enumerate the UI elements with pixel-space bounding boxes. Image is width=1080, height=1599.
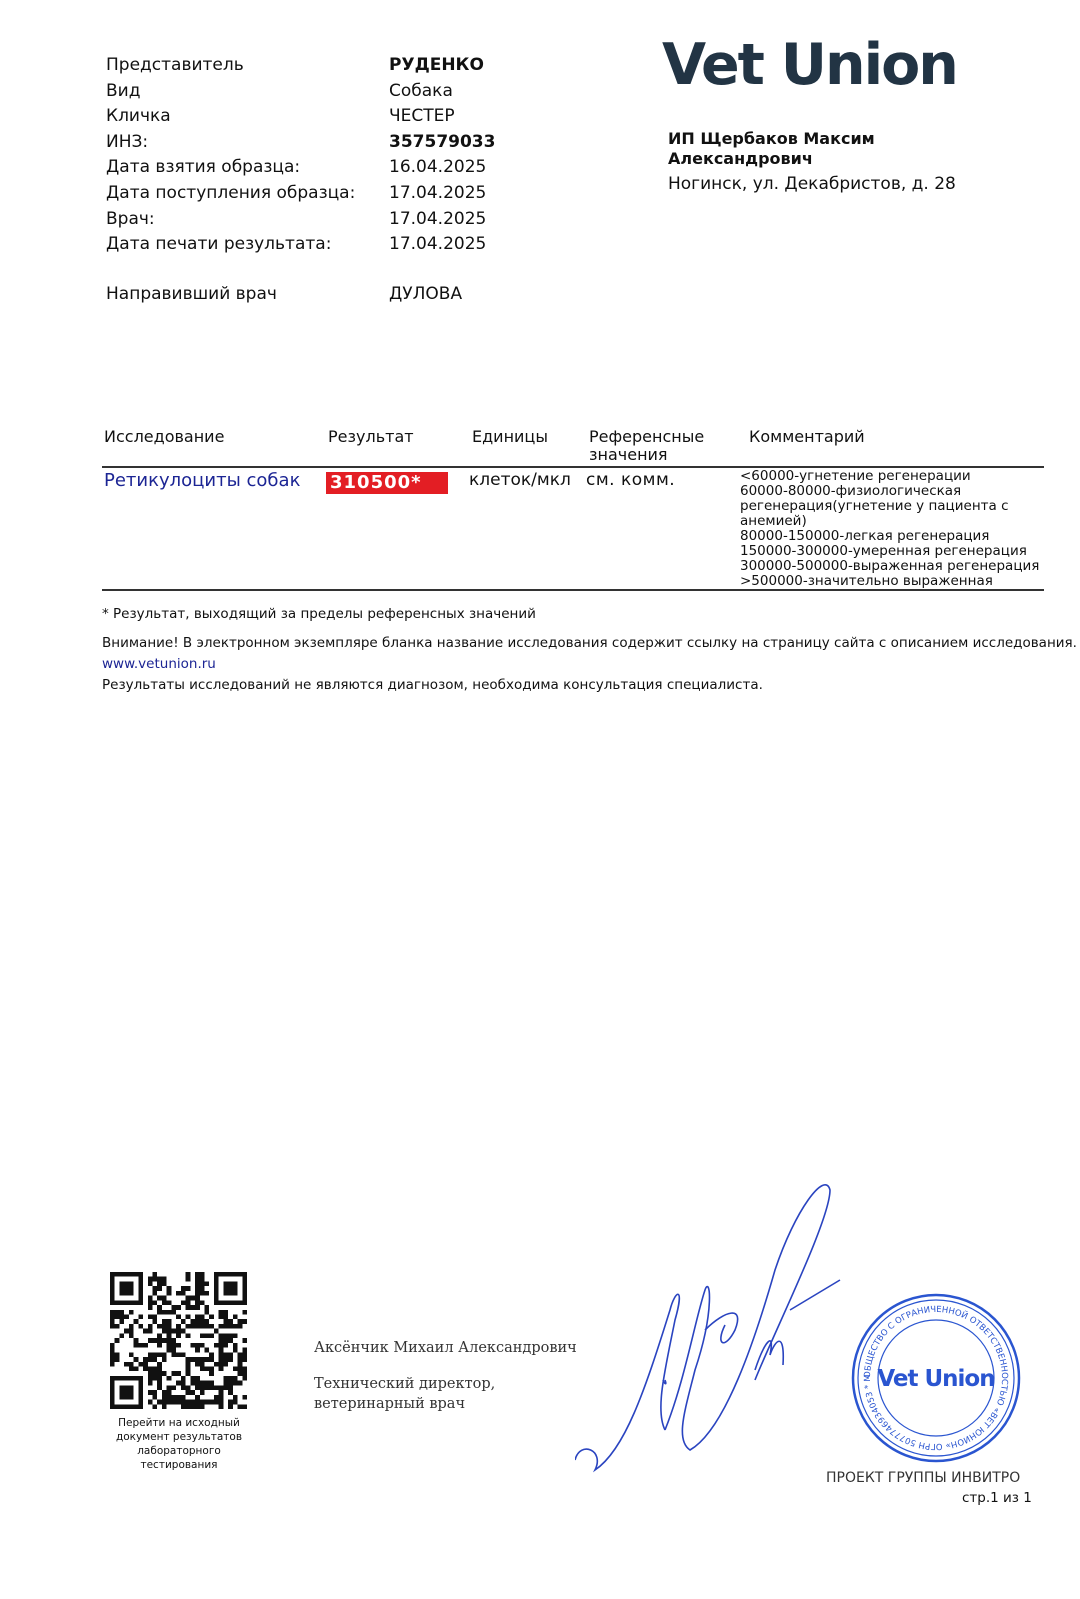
qr-caption-line3: лабораторного тестирования	[104, 1444, 254, 1472]
vet-union-logo: Vet Union	[662, 30, 957, 100]
header-reference-line1: Референсные	[589, 427, 704, 446]
info-row-referring-doctor: Направивший врач ДУЛОВА	[106, 282, 495, 308]
info-label: Дата взятия образца:	[106, 155, 389, 181]
invitro-project-label: ПРОЕКТ ГРУППЫ ИНВИТРО	[826, 1470, 1020, 1486]
stamp-logo: Vet Union	[877, 1366, 994, 1392]
info-row-doctor: Врач: 17.04.2025	[106, 207, 495, 233]
info-row-inz: ИНЗ: 357579033	[106, 130, 495, 156]
signer-title-line1: Технический директор,	[314, 1374, 577, 1394]
info-value: 17.04.2025	[389, 232, 486, 258]
patient-info: Представитель РУДЕНКО Вид Собака Кличка …	[106, 53, 495, 307]
header-comment: Комментарий	[749, 428, 865, 446]
info-value: 17.04.2025	[389, 207, 486, 233]
signer-title-line2: ветеринарный врач	[314, 1394, 577, 1414]
info-row-representative: Представитель РУДЕНКО	[106, 53, 495, 79]
info-row-print-date: Дата печати результата: 17.04.2025	[106, 232, 495, 258]
info-row-received-date: Дата поступления образца: 17.04.2025	[106, 181, 495, 207]
reference-value: см. комм.	[586, 470, 675, 490]
info-row-species: Вид Собака	[106, 79, 495, 105]
header-units: Единицы	[472, 428, 548, 446]
info-value: ЧЕСТЕР	[389, 104, 455, 130]
info-label: ИНЗ:	[106, 130, 389, 156]
info-row-sample-date: Дата взятия образца: 16.04.2025	[106, 155, 495, 181]
qr-code[interactable]	[110, 1272, 247, 1409]
header-reference-line2: значения	[589, 445, 668, 464]
result-comment: <60000-угнетение регенерации 60000-80000…	[740, 469, 1039, 589]
clinic-address: Ногинск, ул. Декабристов, д. 28	[668, 174, 956, 194]
info-row-name: Кличка ЧЕСТЕР	[106, 104, 495, 130]
header-test: Исследование	[104, 428, 224, 446]
info-label: Представитель	[106, 53, 389, 79]
website-link[interactable]: www.vetunion.ru	[102, 656, 1077, 672]
info-label: Направивший врач	[106, 282, 389, 308]
header-reference: Референсные значения	[589, 428, 704, 464]
table-bottom-divider	[102, 589, 1044, 591]
info-label: Кличка	[106, 104, 389, 130]
qr-caption-line2: документ результатов	[104, 1430, 254, 1444]
signature-icon	[575, 1180, 865, 1480]
info-label: Дата поступления образца:	[106, 181, 389, 207]
info-label: Дата печати результата:	[106, 232, 389, 258]
clinic-name-line2: Александрович	[668, 149, 956, 169]
qr-caption-line1: Перейти на исходный	[104, 1416, 254, 1430]
info-value: 357579033	[389, 130, 495, 156]
info-label: Вид	[106, 79, 389, 105]
clinic-name-line1: ИП Щербаков Максим	[668, 129, 956, 149]
notes: * Результат, выходящий за пределы рефере…	[102, 606, 1077, 693]
test-name-link[interactable]: Ретикулоциты собак	[104, 470, 300, 491]
info-value: Собака	[389, 79, 453, 105]
info-label: Врач:	[106, 207, 389, 233]
attention-note: Внимание! В электронном экземпляре бланк…	[102, 635, 1077, 651]
result-flagged-value: 310500*	[326, 472, 448, 494]
company-stamp-icon: ОБЩЕСТВО С ОГРАНИЧЕННОЙ ОТВЕТСТВЕННОСТЬЮ…	[850, 1292, 1022, 1464]
signer-block: Аксёнчик Михаил Александрович Технически…	[314, 1338, 577, 1414]
header-result: Результат	[328, 428, 414, 446]
result-unit: клеток/мкл	[469, 470, 571, 490]
asterisk-note: * Результат, выходящий за пределы рефере…	[102, 606, 1077, 622]
clinic-info: ИП Щербаков Максим Александрович Ногинск…	[668, 129, 956, 194]
qr-caption: Перейти на исходный документ результатов…	[104, 1416, 254, 1472]
disclaimer-note: Результаты исследований не являются диаг…	[102, 677, 1077, 693]
signer-name: Аксёнчик Михаил Александрович	[314, 1338, 577, 1358]
page-number: стр.1 из 1	[962, 1490, 1032, 1506]
info-value: 16.04.2025	[389, 155, 486, 181]
info-value: ДУЛОВА	[389, 282, 462, 308]
info-value: 17.04.2025	[389, 181, 486, 207]
info-value: РУДЕНКО	[389, 53, 484, 79]
